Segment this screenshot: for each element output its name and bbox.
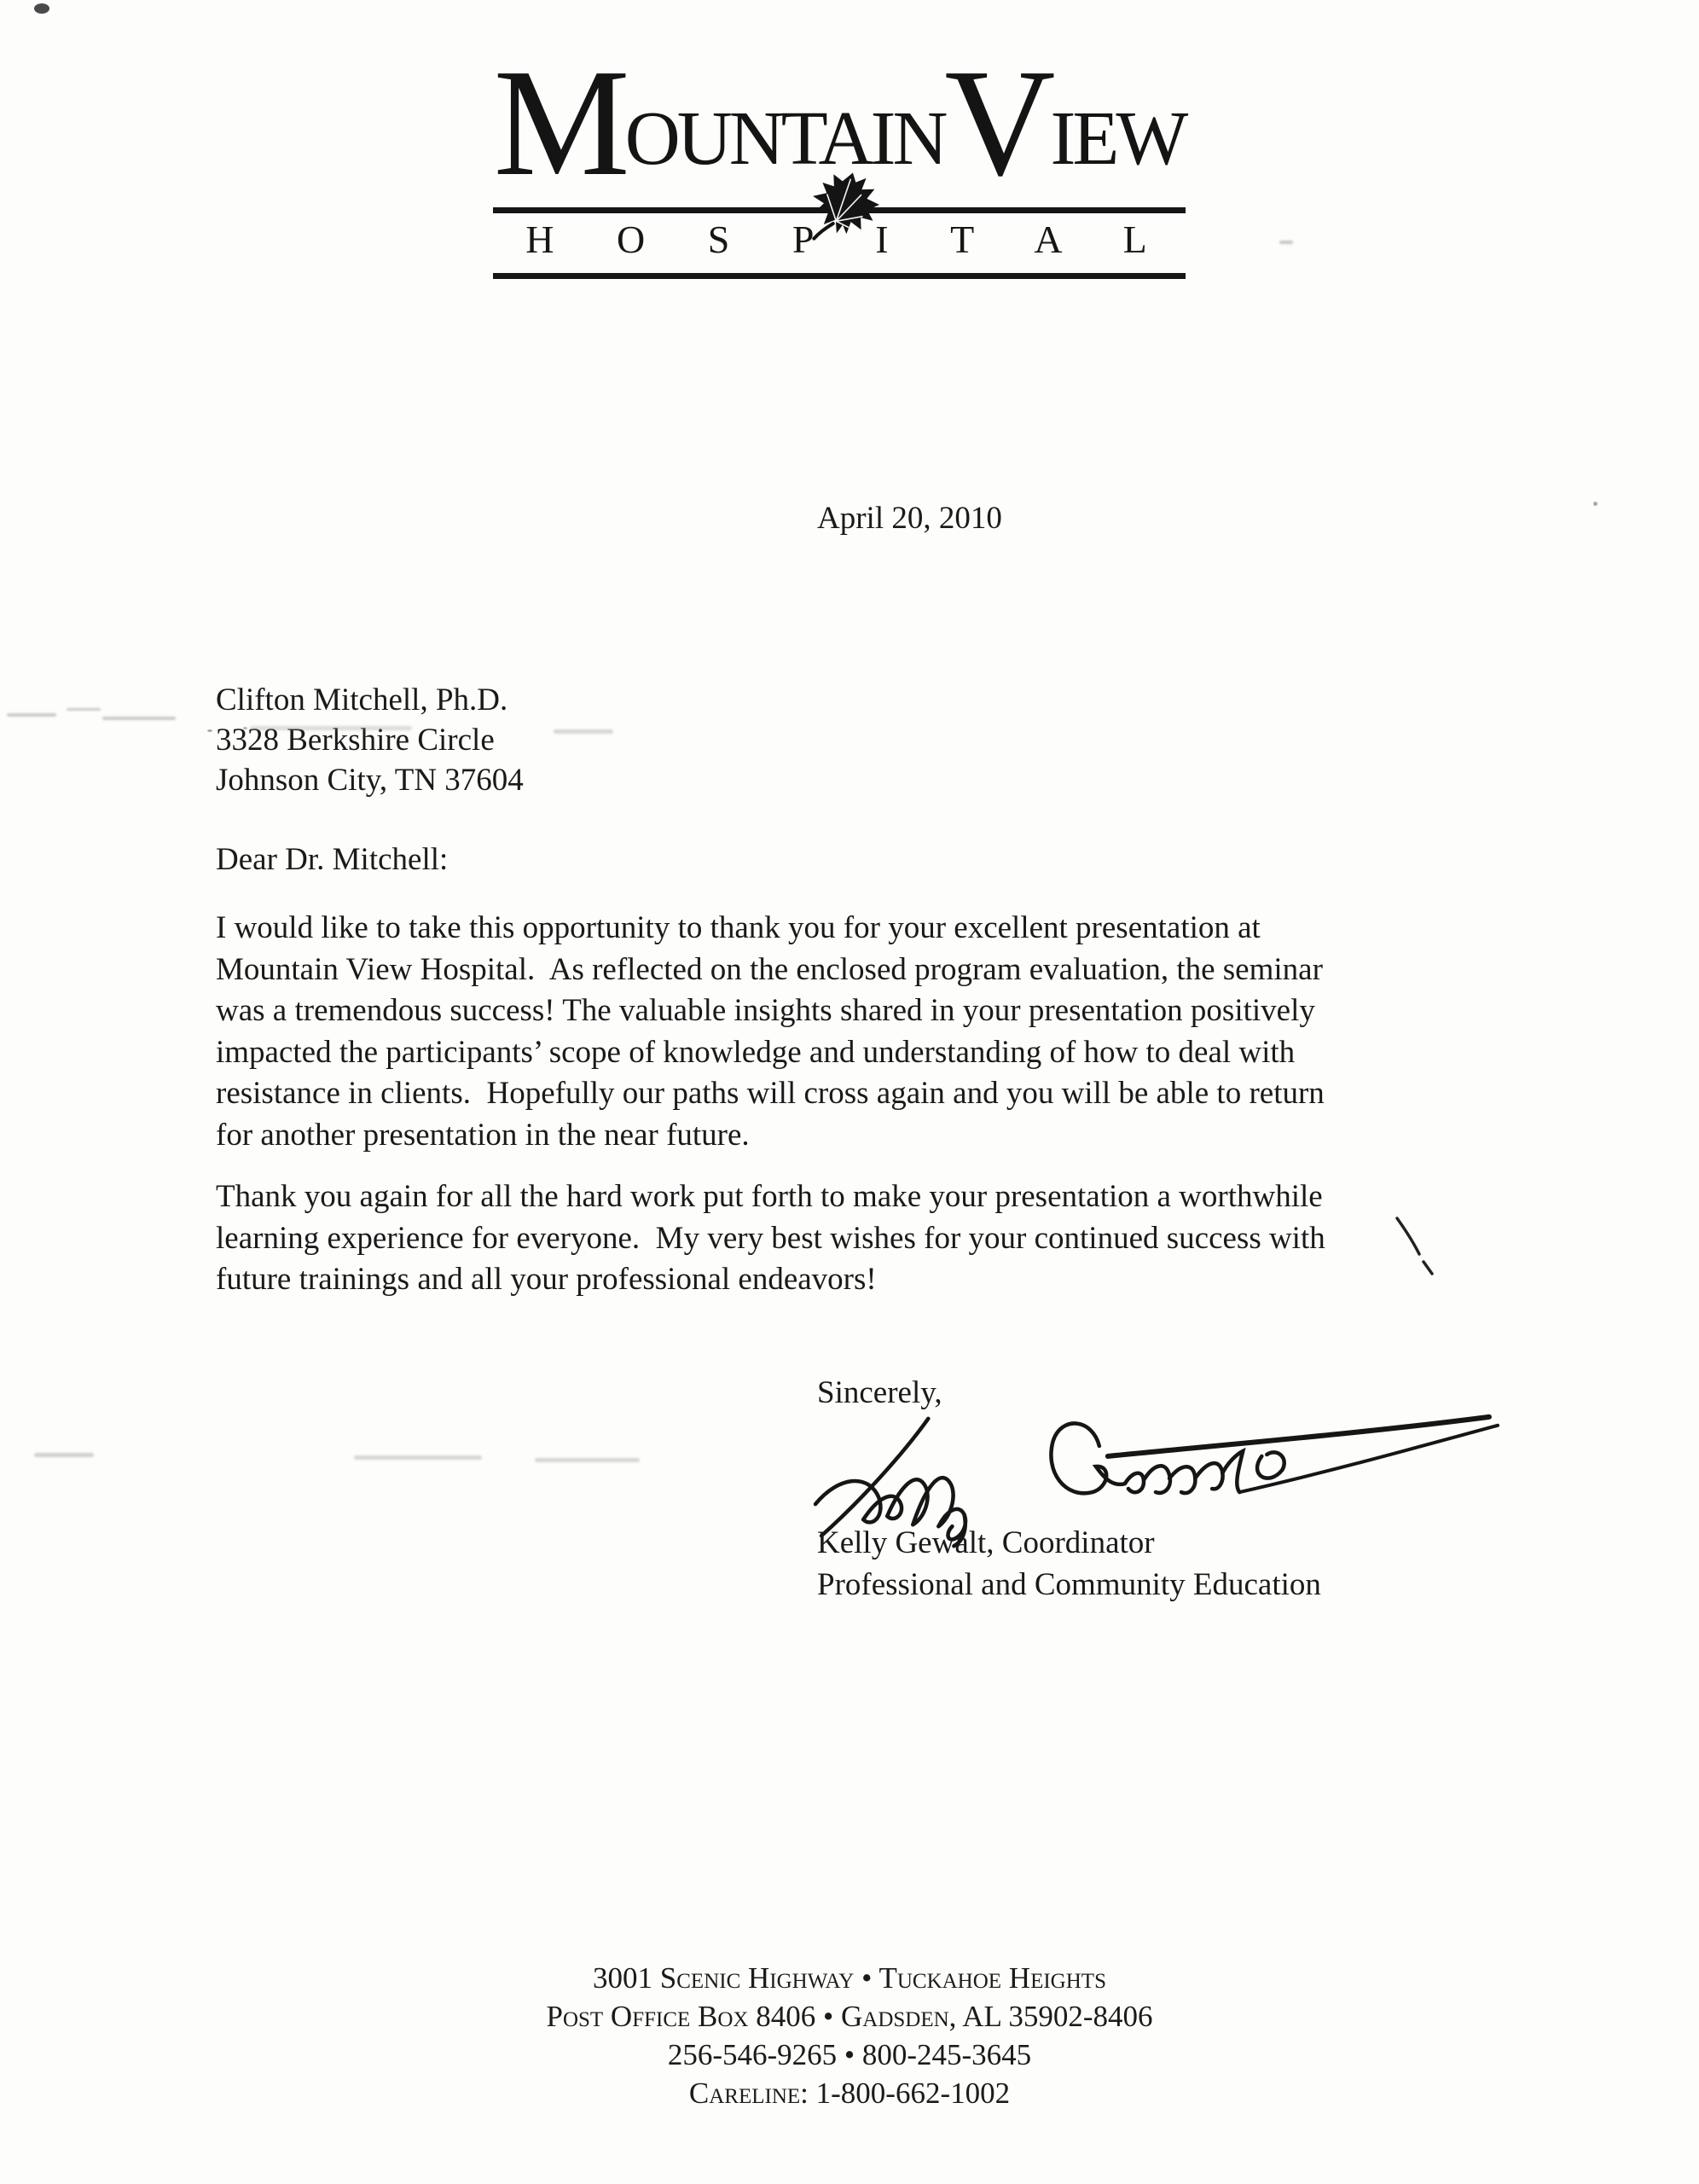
footer-contact-block: 3001 Scenic Highway • Tuckahoe Heights P… [0, 1959, 1699, 2112]
logo-rule-bottom [493, 273, 1186, 279]
footer-phone-line: 256-546-9265 • 800-245-3645 [0, 2036, 1699, 2074]
scan-speck [1593, 502, 1598, 506]
scan-smudge [250, 726, 412, 730]
footer-pobox-line: Post Office Box 8406 • Gadsden, AL 35902… [0, 1997, 1699, 2036]
maple-leaf-icon [810, 171, 880, 244]
scan-smudge [354, 1455, 482, 1460]
stray-diagonal-mark [1392, 1215, 1443, 1279]
signer-block: Kelly Gewalt, Coordinator Professional a… [817, 1522, 1321, 1606]
date-line: April 20, 2010 [817, 498, 1002, 540]
scan-speck [207, 729, 212, 732]
scan-smudge [34, 1453, 94, 1457]
hospital-logo: M OUNTAIN V IEW H O S P I T A L [493, 82, 1186, 291]
scan-speck [243, 727, 247, 729]
footer-street-line: 3001 Scenic Highway • Tuckahoe Heights [0, 1959, 1699, 1997]
scan-smudge [7, 713, 56, 717]
scanned-letter-page: M OUNTAIN V IEW H O S P I T A L Apri [0, 0, 1699, 2184]
logo-letter-m: M [494, 34, 625, 211]
scan-speck [34, 3, 49, 14]
footer-careline: Careline: 1-800-662-1002 [0, 2074, 1699, 2112]
body-paragraph-1: I would like to take this opportunity to… [216, 908, 1325, 1156]
recipient-address: Clifton Mitchell, Ph.D. 3328 Berkshire C… [216, 680, 524, 800]
scan-smudge [535, 1458, 640, 1462]
signer-department: Professional and Community Education [817, 1567, 1321, 1602]
salutation: Dear Dr. Mitchell: [216, 839, 448, 881]
scan-smudge [67, 708, 101, 711]
logo-letter-v: V [944, 34, 1050, 211]
signer-name-title: Kelly Gewalt, Coordinator [817, 1525, 1155, 1560]
scan-smudge [1279, 241, 1293, 244]
logo-text-ountain: OUNTAIN [625, 95, 945, 183]
scan-smudge [102, 717, 176, 720]
logo-text-iew: IEW [1050, 95, 1185, 183]
body-paragraph-2: Thank you again for all the hard work pu… [216, 1176, 1325, 1301]
scan-smudge [554, 729, 613, 734]
